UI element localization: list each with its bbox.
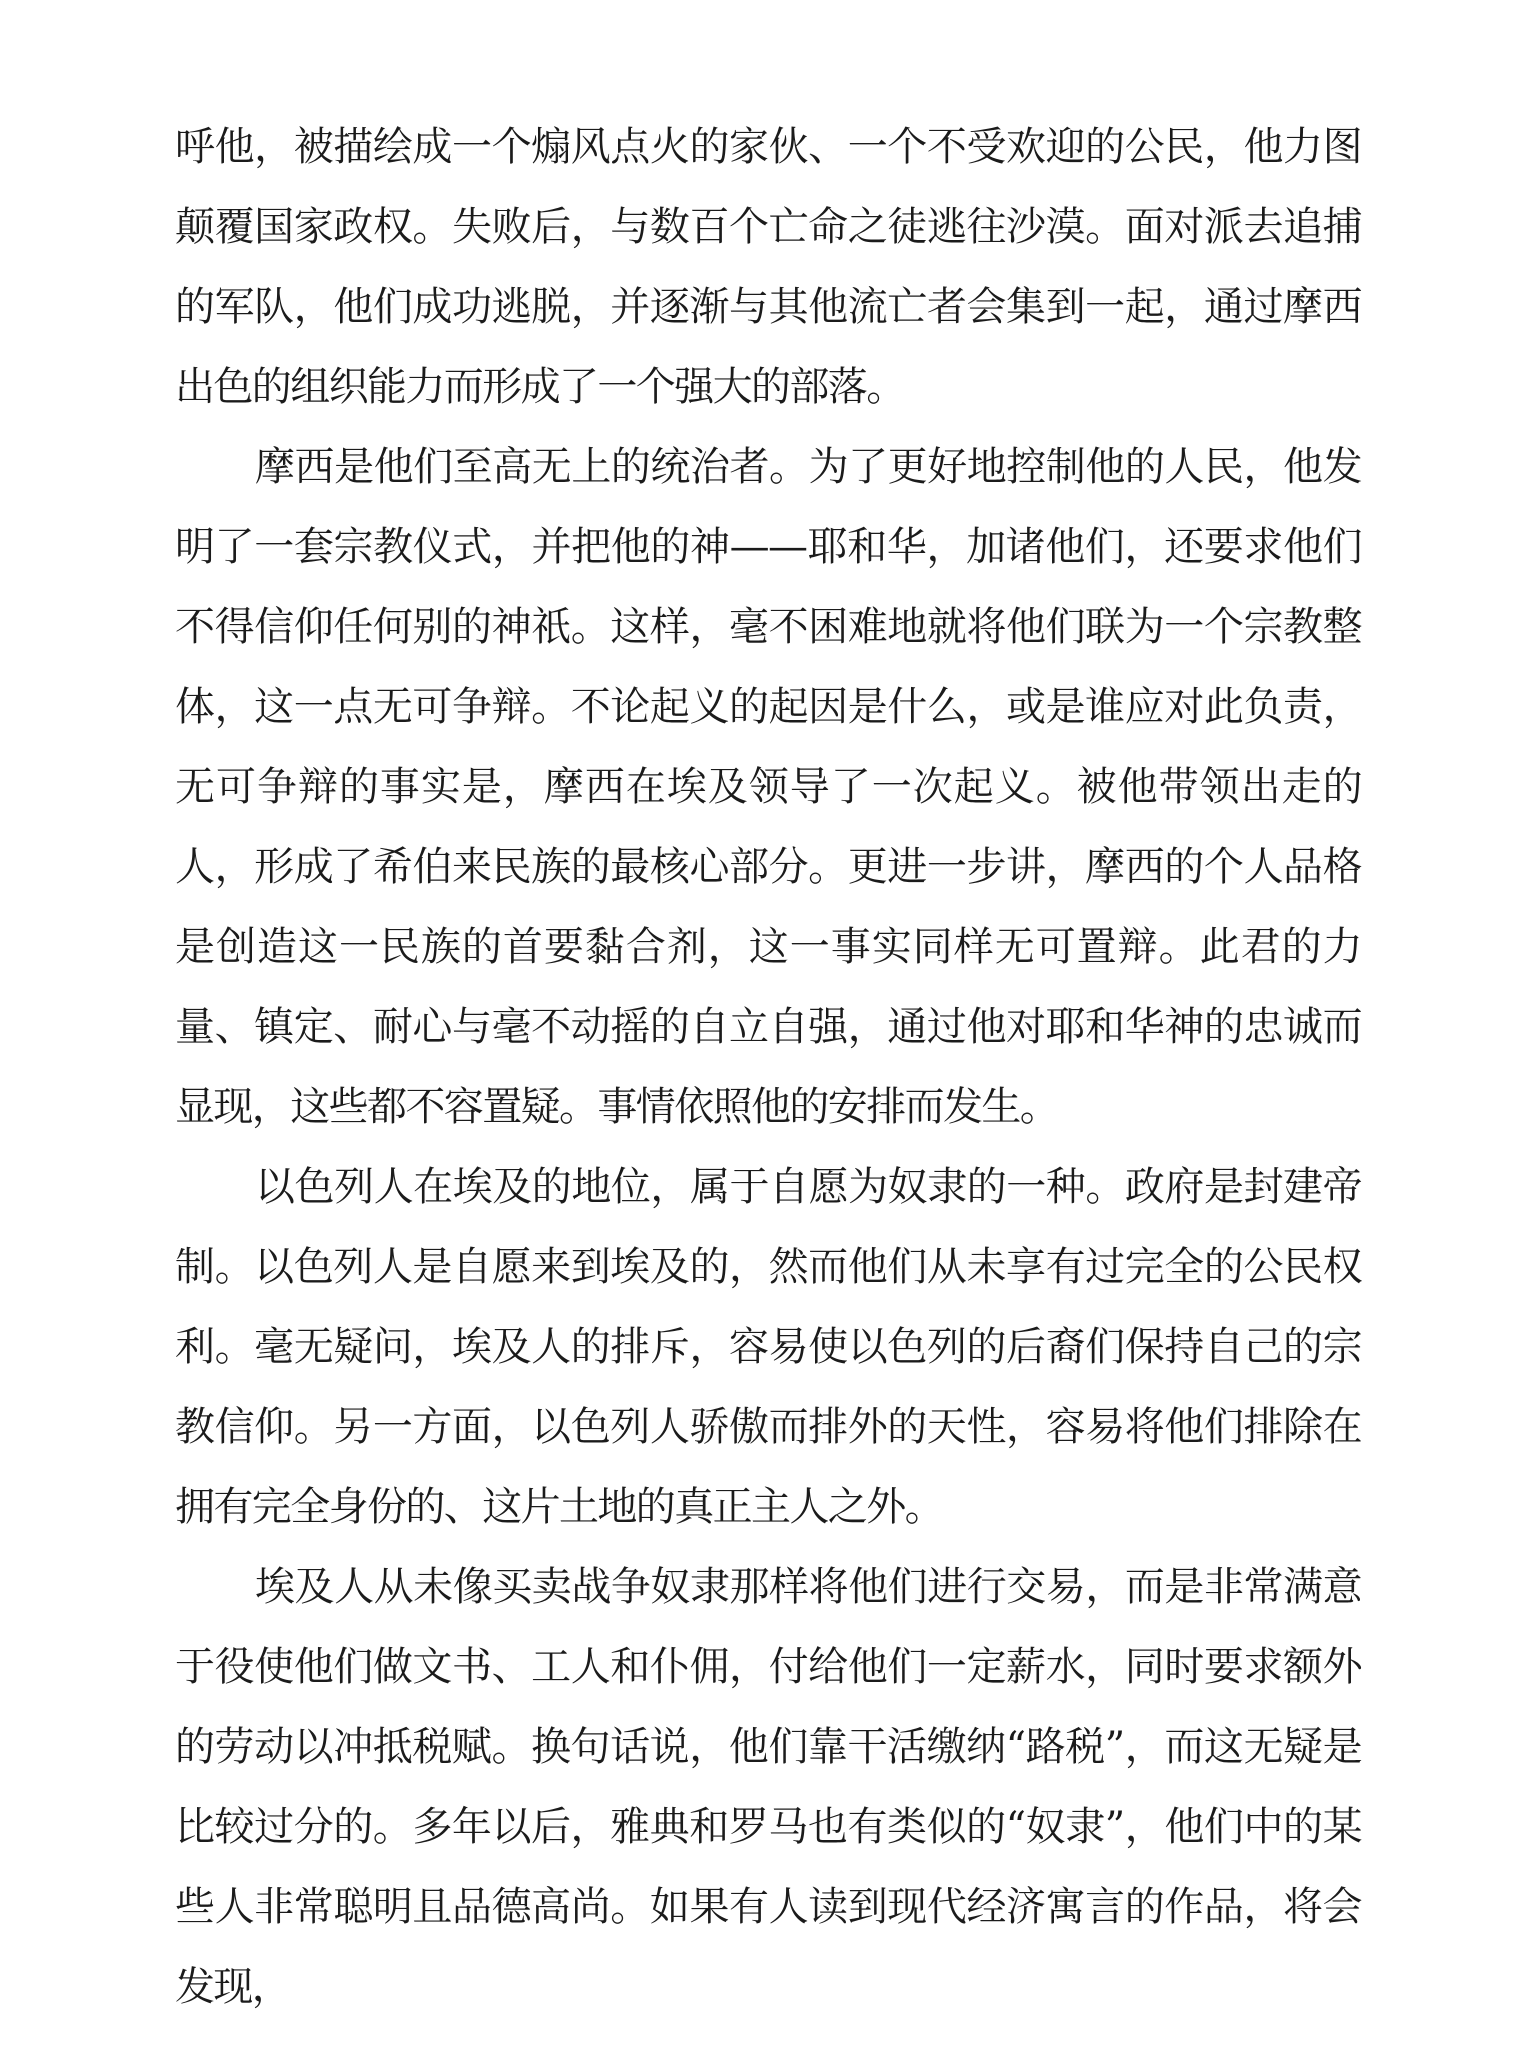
paragraph-1: 呼他，被描绘成一个煽风点火的家伙、一个不受欢迎的公民，他力图颠覆国家政权。失败后… xyxy=(175,107,1361,427)
paragraph-3: 以色列人在埃及的地位，属于自愿为奴隶的一种。政府是封建帝制。以色列人是自愿来到埃… xyxy=(175,1147,1361,1547)
book-page: 呼他，被描绘成一个煽风点火的家伙、一个不受欢迎的公民，他力图颠覆国家政权。失败后… xyxy=(0,0,1536,2049)
paragraph-4: 埃及人从未像买卖战争奴隶那样将他们进行交易，而是非常满意于役使他们做文书、工人和… xyxy=(175,1547,1361,2027)
paragraph-2: 摩西是他们至高无上的统治者。为了更好地控制他的人民，他发明了一套宗教仪式，并把他… xyxy=(175,427,1361,1147)
page-text-block: 呼他，被描绘成一个煽风点火的家伙、一个不受欢迎的公民，他力图颠覆国家政权。失败后… xyxy=(175,107,1361,2027)
